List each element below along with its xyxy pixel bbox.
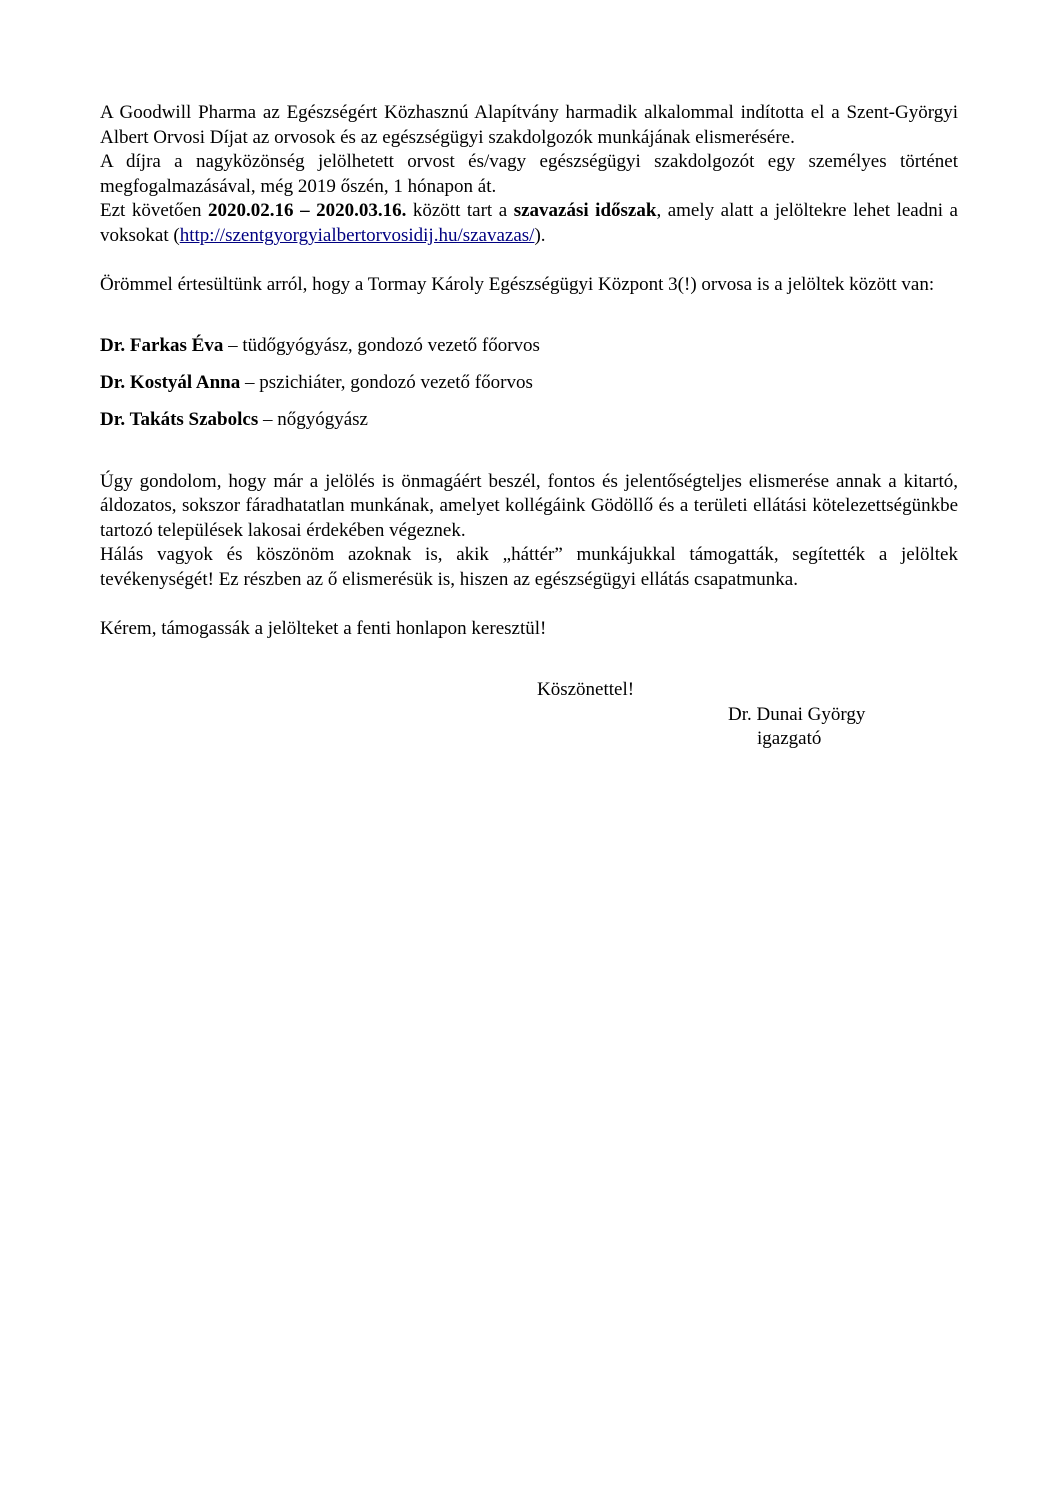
intro-paragraph-1: A Goodwill Pharma az Egészségért Közhasz… (100, 101, 958, 150)
nominee-name: Dr. Takáts Szabolcs (100, 409, 258, 430)
appreciation-paragraph-2: Hálás vagyok és köszönöm azoknak is, aki… (100, 543, 958, 592)
closing-thanks: Köszönettel! (537, 678, 958, 703)
appreciation-paragraph-1: Úgy gondolom, hogy már a jelölés is önma… (100, 470, 958, 544)
announcement-paragraph: Örömmel értesültünk arról, hogy a Tormay… (100, 273, 958, 298)
letter-body: A Goodwill Pharma az Egészségért Közhasz… (100, 101, 958, 752)
spacer (100, 666, 958, 678)
nominee-item: Dr. Kostyál Anna – pszichiáter, gondozó … (100, 371, 958, 396)
intro-paragraph-2: A díjra a nagyközönség jelölhetett orvos… (100, 150, 958, 199)
voting-period-paragraph: Ezt követően 2020.02.16 – 2020.03.16. kö… (100, 199, 958, 248)
voting-link[interactable]: http://szentgyorgyialbertorvosidij.hu/sz… (180, 225, 535, 246)
spacer (100, 458, 958, 470)
nominee-name: Dr. Kostyál Anna (100, 372, 240, 393)
nominee-role: – pszichiáter, gondozó vezető főorvos (240, 372, 533, 393)
spacer (100, 642, 958, 667)
nominee-role: – tüdőgyógyász, gondozó vezető főorvos (223, 335, 540, 356)
signer-name: Dr. Dunai György (728, 703, 958, 728)
nominee-role: – nőgyógyász (258, 409, 368, 430)
voting-period-label: szavazási időszak (514, 200, 657, 221)
spacer (100, 592, 958, 617)
request-paragraph: Kérem, támogassák a jelölteket a fenti h… (100, 617, 958, 642)
spacer (100, 298, 958, 323)
nominee-item: Dr. Farkas Éva – tüdőgyógyász, gondozó v… (100, 334, 958, 359)
spacer (100, 249, 958, 274)
nominee-name: Dr. Farkas Éva (100, 335, 223, 356)
spacer (100, 433, 958, 458)
voting-dates: 2020.02.16 – 2020.03.16. (208, 200, 406, 221)
signer-title: igazgató (757, 727, 958, 752)
nominee-item: Dr. Takáts Szabolcs – nőgyógyász (100, 408, 958, 433)
spacer (100, 322, 958, 334)
